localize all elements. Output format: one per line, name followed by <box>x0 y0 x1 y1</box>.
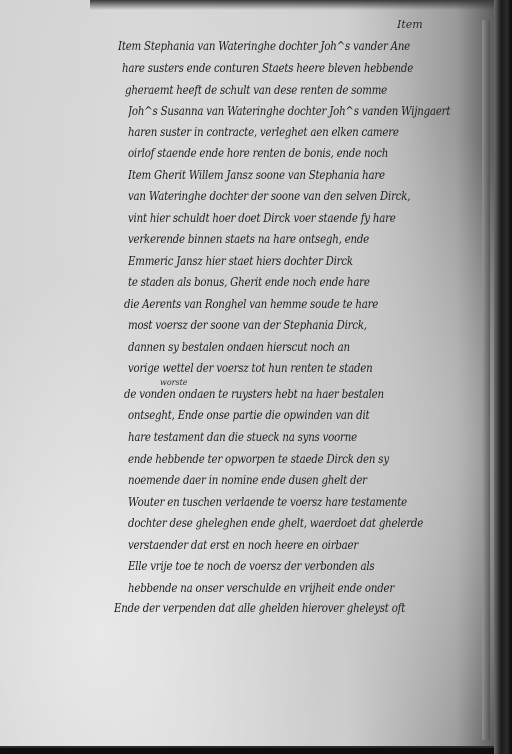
manuscript-page: Item Item Stephania van Wateringhe docht… <box>0 0 496 748</box>
text-line: ontseght, Ende onse partie die opwinden … <box>128 410 478 423</box>
interlinear-note: worste <box>160 378 188 387</box>
text-line: te staden als bonus, Gherit ende noch en… <box>128 277 478 290</box>
text-line: most voersz der soone van der Stephania … <box>128 320 478 333</box>
text-line: hebbende na onser verschulde en vrijheit… <box>128 583 478 596</box>
text-line: Elle vrije toe te noch de voersz der ver… <box>128 561 478 574</box>
text-line: hare susters ende conturen Staets heere … <box>122 63 472 76</box>
text-line: gheraemt heeft de schult van dese renten… <box>125 85 475 98</box>
text-line: Item Stephania van Wateringhe dochter Jo… <box>118 41 468 54</box>
text-line: verkerende binnen staets na hare ontsegh… <box>128 234 478 247</box>
text-line: de vonden ondaen te ruysters hebt na hae… <box>124 389 474 402</box>
text-line: die Aerents van Ronghel van hemme soude … <box>124 299 474 312</box>
text-line: haren suster in contracte, verleghet aen… <box>128 127 478 140</box>
page-top-shadow <box>90 0 496 10</box>
page-edge <box>482 20 490 740</box>
folio-mark: Item <box>397 18 423 31</box>
text-line: Wouter en tuschen verlaende te voersz ha… <box>128 497 478 510</box>
text-line: vint hier schuldt hoer doet Dirck voer s… <box>128 213 478 226</box>
text-line: hare testament dan die stueck na syns vo… <box>128 432 478 445</box>
text-line: dochter dese gheleghen ende ghelt, waerd… <box>128 518 478 531</box>
text-line: Ende der verpenden dat alle ghelden hier… <box>114 603 464 616</box>
text-line: ende hebbende ter opworpen te staede Dir… <box>128 454 478 467</box>
text-line: verstaender dat erst en noch heere en oi… <box>128 540 478 553</box>
text-line: van Wateringhe dochter der soone van den… <box>128 191 478 204</box>
text-line: Emmeric Jansz hier staet hiers dochter D… <box>128 256 478 269</box>
text-line: Item Gherit Willem Jansz soone van Steph… <box>128 170 478 183</box>
text-line: vorige wettel der voersz tot hun renten … <box>128 363 478 376</box>
text-line: noemende daer in nomine ende dusen ghelt… <box>128 475 478 488</box>
text-line: Joh^s Susanna van Wateringhe dochter Joh… <box>128 106 478 119</box>
text-line: oirlof staende ende hore renten de bonis… <box>128 148 478 161</box>
text-line: dannen sy bestalen ondaen hierscut noch … <box>128 342 478 355</box>
book-spine <box>494 0 512 754</box>
